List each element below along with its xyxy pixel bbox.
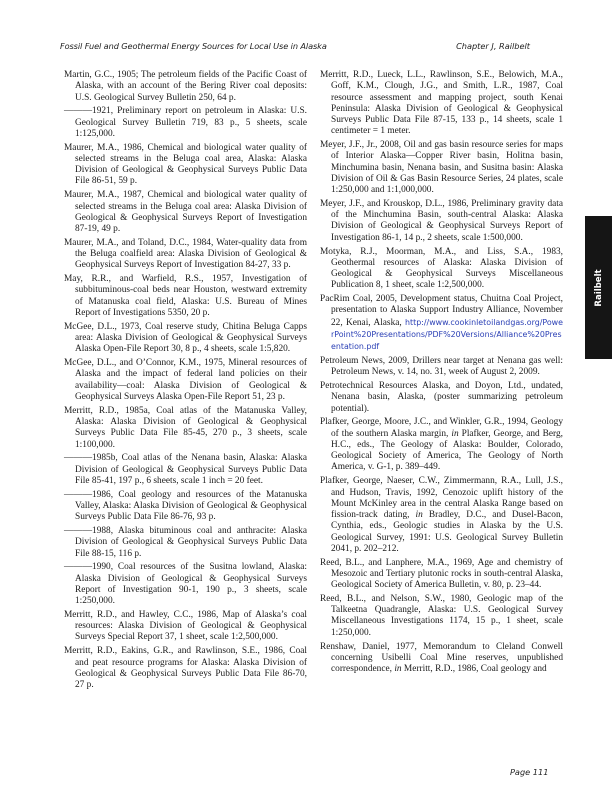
reference-entry-pacrim: PacRim Coal, 2005, Development status, C…: [320, 294, 563, 353]
reference-text: Merritt, R.D., 1986, Coal geology and: [402, 664, 547, 674]
reference-entry: ———1985b, Coal atlas of the Nenana basin…: [64, 453, 307, 487]
reference-entry: Merritt, R.D., and Hawley, C.C., 1986, M…: [64, 610, 307, 644]
italic-in: in: [416, 510, 423, 520]
reference-entry: ———1990, Coal resources of the Susitna l…: [64, 562, 307, 607]
references-column-right: Merritt, R.D., Lueck, L.L., Rawlinson, S…: [320, 70, 563, 678]
reference-entry: ———1986, Coal geology and resources of t…: [64, 490, 307, 524]
italic-in: in: [394, 664, 401, 674]
reference-entry: ———1988, Alaska bituminous coal and anth…: [64, 526, 307, 560]
italic-in: in: [451, 429, 458, 439]
reference-entry: Renshaw, Daniel, 1977, Memorandum to Cle…: [320, 642, 563, 676]
running-header-title: Fossil Fuel and Geothermal Energy Source…: [60, 41, 327, 51]
reference-entry: Meyer, J.F., and Krouskop, D.L., 1986, P…: [320, 199, 563, 244]
page-number: Page 111: [510, 767, 548, 777]
reference-entry: Maurer, M.A., and Toland, D.C., 1984, Wa…: [64, 238, 307, 272]
reference-entry: Plafker, George, Moore, J.C., and Winkle…: [320, 417, 563, 473]
chapter-side-tab: Railbelt: [585, 216, 612, 359]
reference-entry: Petroleum News, 2009, Drillers near targ…: [320, 356, 563, 379]
reference-entry: Martin, G.C., 1905; The petroleum fields…: [64, 70, 307, 104]
reference-entry: Reed, B.L., and Nelson, S.W., 1980, Geol…: [320, 594, 563, 639]
reference-entry: Plafker, George, Naeser, C.W., Zimmerman…: [320, 476, 563, 555]
reference-entry: Petrotechnical Resources Alaska, and Doy…: [320, 381, 563, 415]
running-header-chapter: Chapter J, Railbelt: [456, 41, 530, 51]
reference-entry: Motyka, R.J., Moorman, M.A., and Liss, S…: [320, 247, 563, 292]
reference-entry: Meyer, J.F., Jr., 2008, Oil and gas basi…: [320, 140, 563, 196]
reference-entry: Merritt, R.D., Eakins, G.R., and Rawlins…: [64, 646, 307, 691]
reference-entry: May, R.R., and Warfield, R.S., 1957, Inv…: [64, 274, 307, 319]
reference-entry: Maurer, M.A., 1986, Chemical and biologi…: [64, 143, 307, 188]
reference-entry: Merritt, R.D., 1985a, Coal atlas of the …: [64, 406, 307, 451]
references-column-left: Martin, G.C., 1905; The petroleum fields…: [64, 70, 307, 694]
reference-entry: Merritt, R.D., Lueck, L.L., Rawlinson, S…: [320, 70, 563, 138]
reference-entry: McGee, D.L., and O’Connor, K.M., 1975, M…: [64, 358, 307, 403]
reference-entry: McGee, D.L., 1973, Coal reserve study, C…: [64, 322, 307, 356]
reference-entry: Reed, B.L., and Lanphere, M.A., 1969, Ag…: [320, 558, 563, 592]
reference-entry: ———1921, Preliminary report on petroleum…: [64, 106, 307, 140]
side-tab-label: Railbelt: [594, 269, 604, 306]
reference-entry: Maurer, M.A., 1987, Chemical and biologi…: [64, 190, 307, 235]
